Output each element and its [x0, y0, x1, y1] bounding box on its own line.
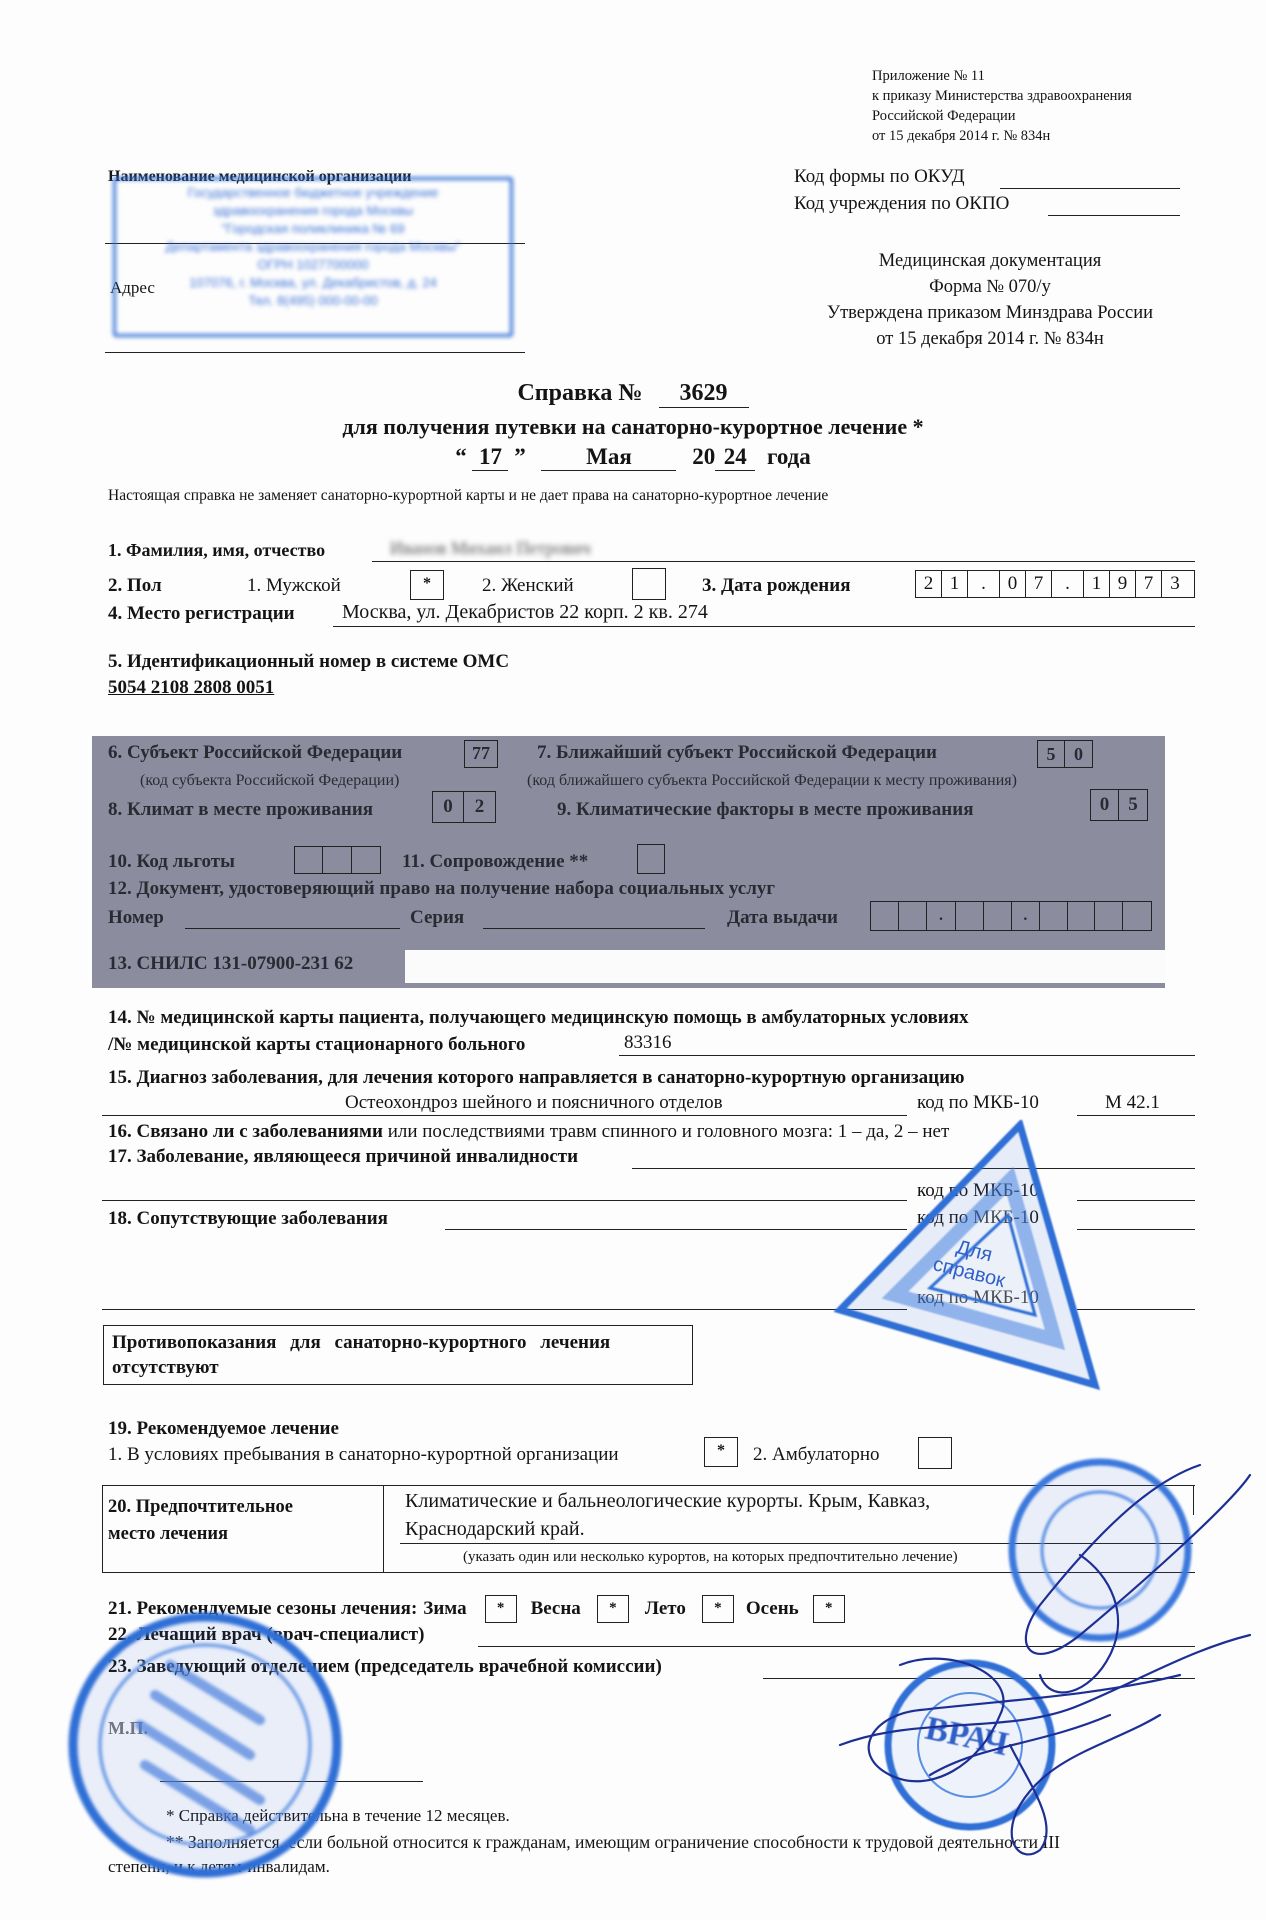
f10-benefit-code-cells[interactable] — [294, 846, 381, 874]
appendix-line: Российской Федерации — [872, 106, 1132, 126]
f10-label: 10. Код льготы — [108, 851, 235, 873]
f2-female-label: 2. Женский — [482, 575, 574, 597]
f12-label: 12. Документ, удостоверяющий право на по… — [108, 878, 775, 900]
f12-issue-date-cells[interactable]: . . — [870, 901, 1152, 931]
f12-number-label: Номер — [108, 907, 164, 929]
f20-table-divider — [383, 1485, 384, 1573]
f8-label: 8. Климат в месте проживания — [108, 799, 373, 821]
appendix-line: к приказу Министерства здравоохранения — [872, 86, 1132, 106]
f3-birthdate-cells[interactable]: 2 1 . 0 7 . 1 9 7 3 — [915, 570, 1195, 598]
f2-female-checkbox[interactable] — [632, 568, 666, 600]
f21-spring-checkbox[interactable]: * — [597, 1595, 629, 1623]
f21-summer-checkbox[interactable]: * — [702, 1595, 734, 1623]
certificate-date: “ 17 ” Мая 2024 года — [0, 444, 1266, 471]
f4-label: 4. Место регистрации — [108, 603, 295, 625]
f6-sublabel: (код субъекта Российской Федерации) — [140, 772, 399, 790]
f11-escort-checkbox[interactable] — [637, 844, 665, 874]
f15-icd-code[interactable]: М 42.1 — [1105, 1092, 1160, 1114]
f9-label: 9. Климатические факторы в месте прожива… — [557, 799, 973, 821]
date-month[interactable]: Мая — [541, 444, 676, 471]
f5-oms-number[interactable]: 5054 2108 2808 0051 — [108, 677, 274, 699]
okud-field[interactable] — [1000, 188, 1180, 189]
f12-number-field[interactable] — [185, 928, 400, 929]
f2-male-label: 1. Мужской — [247, 575, 341, 597]
f20-label: 20. Предпочтительное место лечения — [108, 1494, 293, 1548]
okpo-label: Код учреждения по ОКПО — [794, 193, 1009, 215]
f2-label: 2. Пол — [108, 575, 162, 597]
appendix-line: от 15 декабря 2014 г. № 834н — [872, 126, 1132, 146]
f6-label: 6. Субъект Российской Федерации — [108, 742, 402, 764]
f18-label: 18. Сопутствующие заболевания — [108, 1208, 388, 1230]
f12-series-field[interactable] — [483, 928, 705, 929]
f1-full-name[interactable]: Иванов Михаил Петрович — [390, 538, 591, 559]
f4-address[interactable]: Москва, ул. Декабристов 22 корп. 2 кв. 2… — [342, 601, 708, 624]
appendix-line: Приложение № 11 — [872, 66, 1132, 86]
f15-label: 15. Диагноз заболевания, для лечения кот… — [108, 1067, 965, 1089]
f17-label: 17. Заболевание, являющееся причиной инв… — [108, 1146, 578, 1168]
f21-season-winter: Зима — [423, 1598, 466, 1620]
f15-diagnosis-underline — [102, 1115, 907, 1116]
f18-field-line2[interactable] — [102, 1309, 907, 1310]
notice: Настоящая справка не заменяет санаторно-… — [108, 487, 828, 505]
date-year[interactable]: 24 — [715, 444, 755, 471]
f14-underline — [619, 1055, 1195, 1056]
f20-value-line2[interactable]: Краснодарский край. — [405, 1518, 585, 1541]
f21-season-spring: Весна — [531, 1598, 581, 1620]
okpo-field[interactable] — [1048, 215, 1180, 216]
f21-winter-checkbox[interactable]: * — [485, 1595, 517, 1623]
f14-label-line1: 14. № медицинской карты пациента, получа… — [108, 1007, 969, 1029]
appendix-block: Приложение № 11 к приказу Министерства з… — [872, 66, 1132, 146]
f21-season-summer: Лето — [645, 1598, 686, 1620]
certificate-subtitle: для получения путевки на санаторно-курор… — [0, 414, 1266, 440]
form-info: Медицинская документация Форма № 070/у У… — [790, 248, 1190, 352]
f19-sanatorium-checkbox[interactable]: * — [704, 1437, 738, 1467]
date-day[interactable]: 17 — [472, 444, 508, 471]
f6-subject-code[interactable]: 77 — [464, 740, 498, 768]
org-address-underline — [105, 352, 525, 353]
certificate-number[interactable]: 3629 — [659, 380, 749, 408]
f15-code-underline — [1077, 1115, 1195, 1116]
f12-series-label: Серия — [410, 907, 464, 929]
f2-male-checkbox[interactable]: * — [410, 570, 444, 600]
certificate-title-label: Справка № — [517, 380, 642, 406]
signature-icon — [780, 1445, 1266, 1865]
f7-nearest-subject-cells[interactable]: 5 0 — [1037, 740, 1093, 768]
f1-underline — [372, 561, 1195, 562]
f19-opt1-label: 1. В условиях пребывания в санаторно-кур… — [108, 1444, 619, 1466]
f4-underline — [333, 626, 1195, 627]
f5-label: 5. Идентификационный номер в системе ОМС — [108, 651, 509, 673]
f13-snils[interactable]: 13. СНИЛС 131-07900-231 62 — [108, 953, 353, 975]
f15-diagnosis[interactable]: Остеохондроз шейного и поясничного отдел… — [345, 1092, 723, 1114]
snils-whiteout — [405, 950, 1165, 983]
f9-climate-factor-cells[interactable]: 0 5 — [1090, 789, 1148, 821]
f19-label: 19. Рекомендуемое лечение — [108, 1418, 339, 1440]
f3-label: 3. Дата рождения — [702, 575, 850, 597]
f8-climate-cells[interactable]: 0 2 — [432, 791, 496, 823]
f7-sublabel: (код ближайшего субъекта Российской Феде… — [527, 772, 1017, 790]
certificate-title: Справка № 3629 — [0, 380, 1266, 408]
f15-code-label: код по МКБ-10 — [917, 1092, 1039, 1114]
f14-card-number[interactable]: 83316 — [624, 1032, 672, 1054]
f1-label: 1. Фамилия, имя, отчество — [108, 540, 325, 561]
f11-label: 11. Сопровождение ** — [402, 851, 588, 873]
org-stamp: Государственное бюджетное учреждение здр… — [113, 177, 513, 337]
f16-label: 16. Связано ли с заболеваниями или после… — [108, 1121, 949, 1143]
contraindications-box: Противопоказания для санаторно-курортног… — [103, 1325, 693, 1385]
okud-label: Код формы по ОКУД — [794, 166, 965, 188]
round-stamp-left-icon — [60, 1605, 360, 1885]
f14-label-line2: /№ медицинской карты стационарного больн… — [108, 1034, 525, 1056]
f12-date-label: Дата выдачи — [727, 907, 838, 929]
f7-label: 7. Ближайший субъект Российской Федераци… — [537, 742, 937, 764]
f17-field-line2[interactable] — [102, 1200, 907, 1201]
